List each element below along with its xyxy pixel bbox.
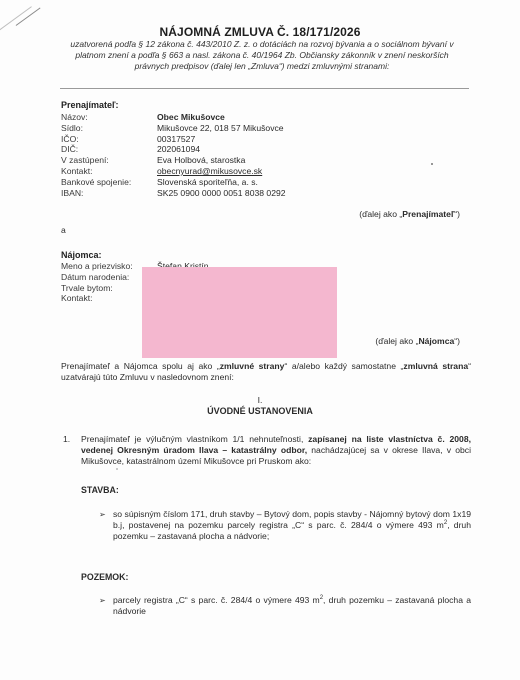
ref-suffix: “) (454, 209, 460, 219)
field-label: Sídlo: (61, 123, 157, 134)
header-divider (60, 88, 469, 89)
field-value: 202061094 (157, 144, 200, 155)
building-description: so súpisným číslom 171, druh stavby – By… (113, 509, 471, 542)
field-value: 00317527 (157, 134, 195, 145)
field-label: DIČ: (61, 144, 157, 155)
ref-prefix: (ďalej ako „ (359, 209, 402, 219)
arrow-bullet-icon: ➢ (99, 510, 106, 520)
text: so súpisným číslom 171, druh stavby – By… (113, 509, 471, 530)
ref-name: Nájomca (418, 336, 454, 346)
item-number: 1. (63, 434, 70, 445)
field-label: IČO: (61, 134, 157, 145)
building-heading: STAVBA: (81, 485, 119, 496)
tenant-heading: Nájomca: (61, 250, 102, 262)
bold-text: zmluvná strana (403, 361, 468, 371)
landlord-row-representative: V zastúpení: Eva Holbová, starostka (61, 155, 461, 166)
field-label: V zastúpení: (61, 155, 157, 166)
landlord-row-ico: IČO: 00317527 (61, 134, 461, 145)
field-label: Kontakt: (61, 166, 157, 177)
conjunction: a (61, 225, 66, 236)
redaction-box (142, 267, 337, 358)
scan-speck (116, 468, 118, 470)
text: Prenajímateľ a Nájomca spolu aj ako „ (61, 361, 220, 371)
field-label: Bankové spojenie: (61, 177, 157, 188)
text: parcely registra „C“ s parc. č. 284/4 o … (113, 595, 320, 605)
landlord-row-iban: IBAN: SK25 0900 0000 0051 8038 0292 (61, 188, 461, 199)
field-label: Názov: (61, 112, 157, 123)
tenant-reference: (ďalej ako „Nájomca“) (375, 336, 460, 347)
field-value: Mikušovce 22, 018 57 Mikušovce (157, 123, 284, 134)
field-value: Eva Holbová, starostka (157, 155, 245, 166)
land-heading: POZEMOK: (81, 572, 128, 583)
land-description: parcely registra „C“ s parc. č. 284/4 o … (113, 595, 471, 617)
landlord-row-bank: Bankové spojenie: Slovenská sporiteľňa, … (61, 177, 461, 188)
contract-page: NÁJOMNÁ ZMLUVA Č. 18/171/2026 uzatvorená… (0, 0, 520, 680)
scan-speck (431, 163, 433, 165)
article-number: I. (0, 395, 520, 406)
field-label: IBAN: (61, 188, 157, 199)
landlord-row-name: Názov: Obec Mikušovce (61, 112, 461, 123)
landlord-heading: Prenajímateľ: (61, 100, 119, 112)
field-value: Obec Mikušovce (157, 112, 225, 123)
ref-prefix: (ďalej ako „ (375, 336, 418, 346)
field-value: SK25 0900 0000 0051 8038 0292 (157, 188, 286, 199)
field-value: Slovenská sporiteľňa, a. s. (157, 177, 258, 188)
item-1-text: Prenajímateľ je výlučným vlastníkom 1/1 … (81, 434, 471, 467)
ref-name: Prenajímateľ (402, 209, 454, 219)
document-subtitle: uzatvorená podľa § 12 zákona č. 443/2010… (60, 39, 464, 72)
text: Prenajímateľ je výlučným vlastníkom 1/1 … (81, 434, 308, 444)
arrow-bullet-icon: ➢ (99, 596, 106, 606)
landlord-reference: (ďalej ako „Prenajímateľ“) (359, 209, 460, 220)
landlord-row-seat: Sídlo: Mikušovce 22, 018 57 Mikušovce (61, 123, 461, 134)
email-link[interactable]: obecnyurad@mikusovce.sk (157, 166, 262, 177)
parties-paragraph: Prenajímateľ a Nájomca spolu aj ako „zml… (61, 361, 471, 383)
landlord-row-contact: Kontakt: obecnyurad@mikusovce.sk (61, 166, 461, 177)
pen-mark (16, 7, 41, 26)
landlord-details: Názov: Obec Mikušovce Sídlo: Mikušovce 2… (61, 112, 461, 198)
ref-suffix: “) (454, 336, 460, 346)
text: “ a/alebo každý samostatne „ (284, 361, 403, 371)
article-title: ÚVODNÉ USTANOVENIA (0, 406, 520, 418)
bold-text: zmluvné strany (220, 361, 285, 371)
landlord-row-dic: DIČ: 202061094 (61, 144, 461, 155)
